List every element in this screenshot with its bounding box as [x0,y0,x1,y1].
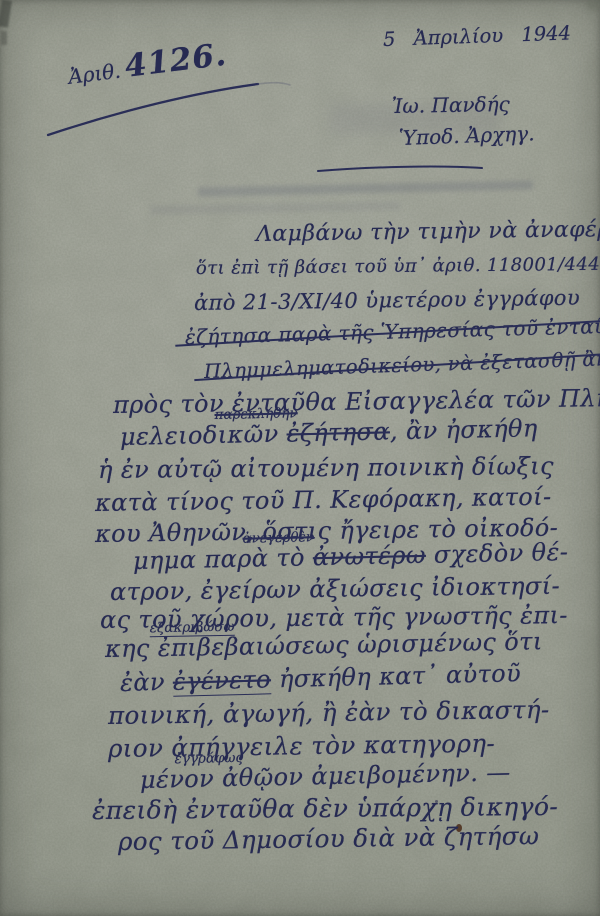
word-run: ρος τοῦ Δημοσίου διὰ νὰ ζητήσω [118,821,540,856]
word-run: ατρον, ἐγείρων ἀξιώσεις ἰδιοκτησί- [110,572,560,606]
handwritten-line: μελειοδικῶν ἐζήτησα, ἂν ἠσκήθηπαρεκλήθην [120,416,538,449]
word-run: ἡ ἐν αὐτῷ αἰτουμένη ποινικὴ δίωξις [98,452,554,484]
document-page: Ἀριθ. 4126. 5 Ἀπριλίου 1944 Ἰω. Πανδής Ὑ… [0,0,600,916]
word-run: μελειοδικῶν [120,420,287,451]
handwritten-line: κατὰ τίνος τοῦ Π. Κεφόρακη, κατοί- [95,485,552,515]
handwritten-line: πρὸς τὸν ἐνταῦθα Εἰσαγγελέα τῶν Πλημ- [113,386,600,417]
word-run: , ἂν ἠσκήθη [390,414,538,445]
inserted-correction: ἀνεγερθὲν [242,531,314,546]
handwritten-line: Λαμβάνω τὴν τιμὴν νὰ ἀναφέρω [256,219,600,246]
handwritten-line: ατρον, ἐγείρων ἀξιώσεις ἰδιοκτησί- [110,574,560,604]
word-run: Πλημμεληματοδικείου, νὰ ἐξετασθῇ ἂν [204,347,600,383]
handwritten-line: Πλημμεληματοδικείου, νὰ ἐξετασθῇ ἂν [204,349,600,381]
word-run: κατὰ τίνος τοῦ Π. Κεφόρακη, κατοί- [95,483,552,517]
handwritten-line: ἐπειδὴ ἐνταῦθα δὲν ὑπάρχῃ δικηγό- [92,794,558,823]
struck-word: ἀνωτέρω [313,541,427,571]
word-run: ἐπειδὴ ἐνταῦθα δὲν ὑπάρχῃ δικηγό- [92,792,558,825]
handwritten-line: μένον ἀθῷον ἀμειβομένην. —ἐγγράφως [140,760,511,792]
word-run: ἐζήτησα παρὰ τῆς Ὑπηρεσίας τοῦ ἐνταῦθα [185,313,600,349]
struck-word: ἐγένετο [173,665,272,696]
word-run: ποινική, ἀγωγή, ἢ ἐὰν τὸ δικαστή- [108,695,550,730]
inserted-correction: ἐξακριβώσω [150,621,235,637]
word-run: Λαμβάνω τὴν τιμὴν νὰ ἀναφέρω [256,217,600,247]
handwritten-line: ριον ἀπήγγειλε τὸν κατηγορη- [108,732,495,762]
handwritten-line: ποινική, ἀγωγή, ἢ ἐὰν τὸ δικαστή- [108,698,550,729]
handwritten-line: ρος τοῦ Δημοσίου διὰ νὰ ζητήσω [118,824,540,854]
word-run: ἀπὸ 21-3/ΧΙ/40 ὑμετέρου ἐγγράφου [194,286,580,315]
inserted-correction: ἐγγράφως [174,752,243,767]
word-run: ἐὰν [120,668,174,697]
word-run: ἠσκήθη κατ᾽ αὐτοῦ [271,659,522,693]
word-run: μημα παρὰ τὸ [133,543,313,575]
word-run: ὅτι ἐπὶ τῇ βάσει τοῦ ὑπ᾽ ἀριθ. 118001/44… [196,254,600,279]
inserted-correction: παρεκλήθην [214,407,297,422]
handwritten-line: ὅτι ἐπὶ τῇ βάσει τοῦ ὑπ᾽ ἀριθ. 118001/44… [196,256,600,278]
handwritten-line: κης ἐπιβεβαιώσεως ὡρισμένως ὅτιἐξακριβώσ… [105,629,543,661]
body-text: Λαμβάνω τὴν τιμὴν νὰ ἀναφέρωὅτι ἐπὶ τῇ β… [0,0,600,916]
handwritten-line: μημα παρὰ τὸ ἀνωτέρω σχεδὸν θέ-ἀνεγερθὲν [133,540,569,573]
handwritten-line: ἐζήτησα παρὰ τῆς Ὑπηρεσίας τοῦ ἐνταῦθα [185,315,600,347]
handwritten-line: ἡ ἐν αὐτῷ αἰτουμένη ποινικὴ δίωξις [98,454,554,482]
struck-word: ἐζήτησα [286,417,390,447]
word-run: ριον ἀπήγγειλε τὸν κατηγορη- [108,729,495,763]
word-run: σχεδὸν θέ- [426,538,569,569]
handwritten-line: ἐὰν ἐγένετο ἠσκήθη κατ᾽ αὐτοῦ [120,661,522,695]
handwritten-line: ἀπὸ 21-3/ΧΙ/40 ὑμετέρου ἐγγράφου [194,288,580,314]
